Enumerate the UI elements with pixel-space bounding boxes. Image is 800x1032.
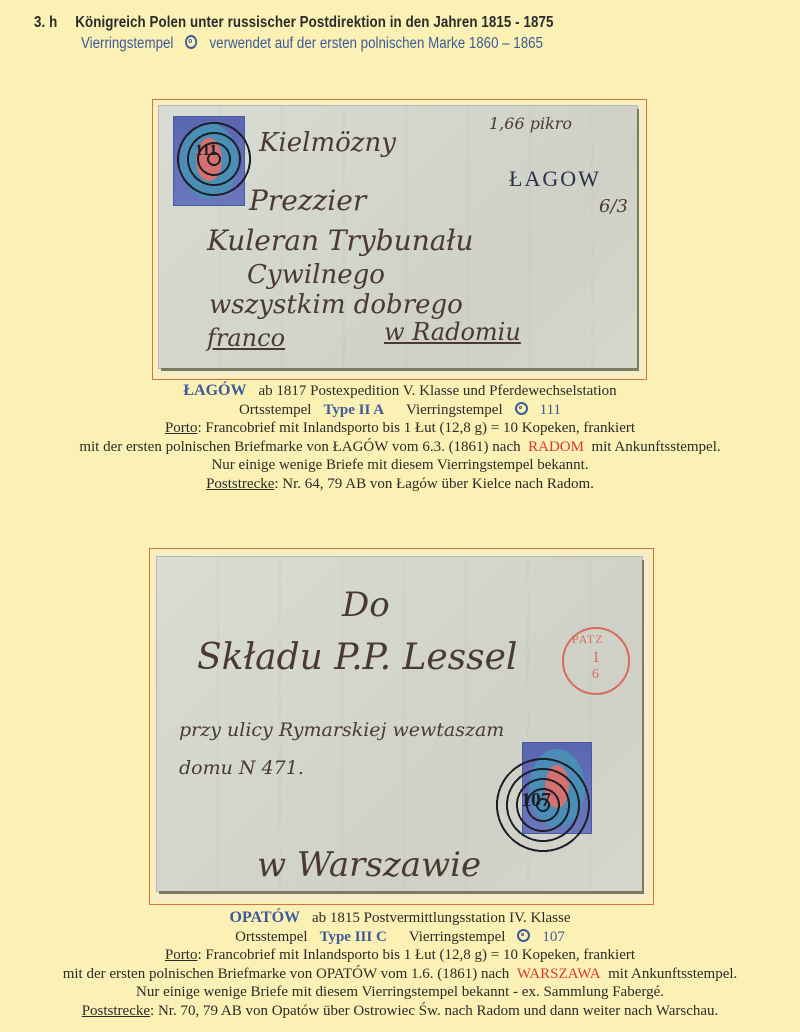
subtitle-left: Vierringstempel	[81, 35, 173, 52]
rarity-note: Nur einige wenige Briefe mit diesem Vier…	[0, 983, 800, 1002]
route-label: Poststrecke	[206, 476, 274, 492]
concentric-rings-icon	[515, 402, 528, 415]
handwriting-line: w Warszawie	[257, 845, 481, 885]
destination: WARSZAWA	[517, 966, 601, 982]
cover-frame-opatow: Do Składu P.P. Lessel PATZ 1 6 przy ulic…	[149, 548, 654, 905]
stamp-type: Type III C	[320, 929, 387, 945]
handwriting-line: Kielmözny	[259, 128, 396, 158]
place-name: OPATÓW	[230, 909, 301, 926]
arrival-postmark-place: PATZ	[572, 632, 604, 647]
handwriting-line: przy ulicy Rymarskiej wewtaszam	[179, 719, 504, 741]
cancel-number: 111	[195, 142, 217, 160]
porto-label: Porto	[165, 420, 198, 436]
caption-line-2: OrtsstempelType III CVierringstempel107	[0, 928, 800, 947]
handwriting-line: Składu P.P. Lessel	[197, 637, 517, 678]
vierring-label: Vierringstempel	[409, 929, 506, 945]
arrival-postmark-month: 6	[592, 667, 599, 683]
route-label: Poststrecke	[82, 1003, 150, 1019]
concentric-rings-icon	[517, 929, 530, 942]
place-postmark: ŁAGOW	[509, 166, 601, 192]
section-number: 3. h	[34, 14, 75, 32]
caption-line-route: Poststrecke: Nr. 64, 79 AB von Łagów übe…	[0, 475, 800, 494]
porto-text: : Francobrief mit Inlandsporto bis 1 Łut…	[197, 947, 635, 963]
route-text: : Nr. 70, 79 AB von Opatów über Ostrowie…	[150, 1003, 718, 1019]
arrival-note: mit Ankunftsstempel.	[608, 966, 737, 982]
place-name: ŁAGÓW	[183, 382, 246, 399]
caption-opatow: OPATÓWab 1815 Postvermittlungsstation IV…	[0, 909, 800, 1020]
franking-text: mit der ersten polnischen Briefmarke von…	[63, 966, 510, 982]
place-description: ab 1815 Postvermittlungsstation IV. Klas…	[312, 910, 570, 926]
handwriting-line: Kuleran Trybunału	[207, 224, 474, 257]
destination: RADOM	[528, 439, 584, 455]
handwriting-line: w Radomiu	[384, 318, 521, 346]
page-title: Königreich Polen unter russischer Postdi…	[75, 14, 553, 31]
handwriting-line: 1,66 pikro	[489, 114, 572, 133]
handwriting-line: Do	[342, 585, 390, 625]
caption-line-porto: Porto: Francobrief mit Inlandsporto bis …	[0, 419, 800, 438]
caption-lagow: ŁAGÓWab 1817 Postexpedition V. Klasse un…	[0, 382, 800, 493]
ortsstempel-label: Ortsstempel	[239, 402, 312, 418]
vierring-number: 111	[540, 402, 561, 418]
handwriting-line: domu N 471.	[179, 757, 304, 779]
header-title-line: 3. hKönigreich Polen unter russischer Po…	[34, 14, 553, 32]
subtitle-right: verwendet auf der ersten polnischen Mark…	[209, 35, 542, 52]
handwriting-line: wszystkim dobrego	[209, 290, 463, 320]
caption-line-1: ŁAGÓWab 1817 Postexpedition V. Klasse un…	[0, 382, 800, 401]
arrival-note: mit Ankunftsstempel.	[591, 439, 720, 455]
stamp-type: Type II A	[323, 402, 384, 418]
route-text: : Nr. 64, 79 AB von Łagów über Kielce na…	[274, 476, 594, 492]
envelope-image-lagow: 111 1,66 pikro Kielmözny ŁAGOW 6/3 Prezz…	[159, 106, 637, 368]
porto-label: Porto	[165, 947, 198, 963]
vierring-label: Vierringstempel	[406, 402, 503, 418]
caption-line-4: mit der ersten polnischen Briefmarke von…	[0, 438, 800, 457]
ortsstempel-label: Ortsstempel	[235, 929, 308, 945]
cover-frame-lagow: 111 1,66 pikro Kielmözny ŁAGOW 6/3 Prezz…	[152, 99, 647, 380]
vierring-number: 107	[542, 929, 565, 945]
place-description: ab 1817 Postexpedition V. Klasse und Pfe…	[258, 383, 616, 399]
handwriting-line: Cywilnego	[247, 260, 385, 290]
caption-line-1: OPATÓWab 1815 Postvermittlungsstation IV…	[0, 909, 800, 928]
cancel-number: 107	[521, 789, 551, 812]
porto-text: : Francobrief mit Inlandsporto bis 1 Łut…	[197, 420, 635, 436]
rarity-note: Nur einige wenige Briefe mit diesem Vier…	[0, 456, 800, 475]
page-header: 3. hKönigreich Polen unter russischer Po…	[34, 14, 638, 53]
caption-line-2: OrtsstempelType II AVierringstempel111	[0, 401, 800, 420]
header-subtitle-line: Vierringstempelverwendet auf der ersten …	[81, 35, 560, 53]
envelope-image-opatow: Do Składu P.P. Lessel PATZ 1 6 przy ulic…	[157, 557, 642, 891]
caption-line-4: mit der ersten polnischen Briefmarke von…	[0, 965, 800, 984]
handwriting-line: franco	[207, 324, 285, 352]
caption-line-route: Poststrecke: Nr. 70, 79 AB von Opatów üb…	[0, 1002, 800, 1021]
franking-text: mit der ersten polnischen Briefmarke von…	[79, 439, 520, 455]
concentric-rings-icon	[185, 35, 197, 49]
arrival-postmark: PATZ 1 6	[562, 627, 630, 695]
rate-marking: 6/3	[599, 196, 628, 217]
caption-line-porto: Porto: Francobrief mit Inlandsporto bis …	[0, 946, 800, 965]
arrival-postmark-day: 1	[592, 649, 600, 667]
handwriting-line: Prezzier	[249, 184, 366, 217]
